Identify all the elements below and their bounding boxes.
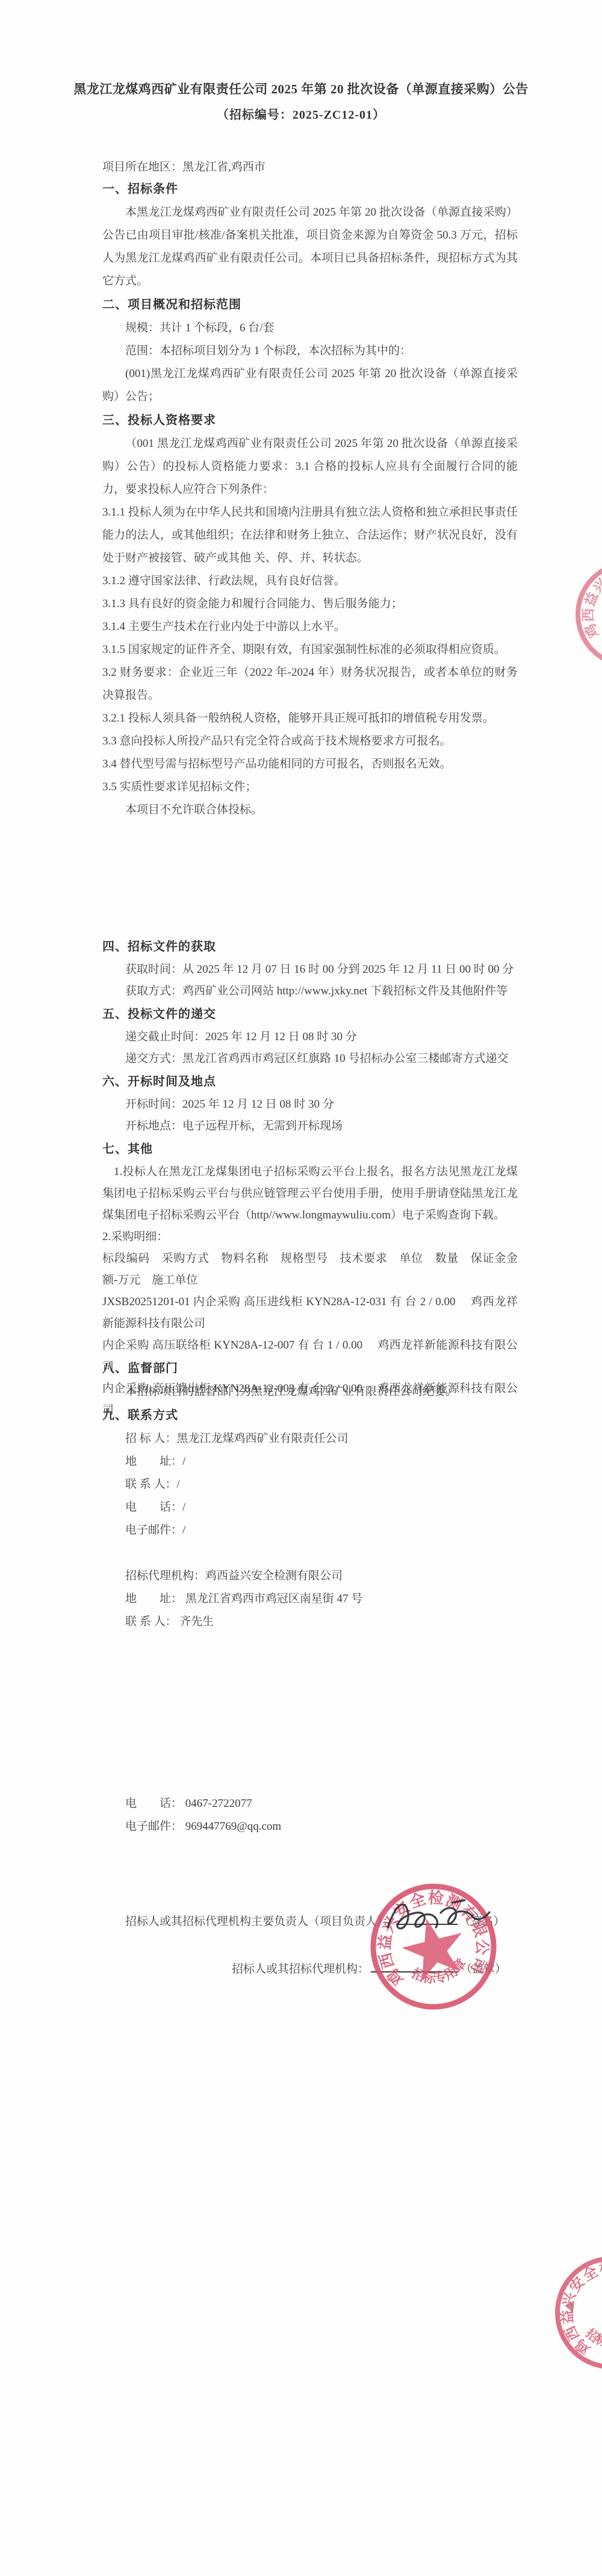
agency-phone-email-block: 电 话： 0467-2722077 电子邮件： 969447769@qq.com — [102, 1792, 518, 1838]
title-block: 黑龙江龙煤鸡西矿业有限责任公司 2025 年第 20 批次设备（单源直接采购）公… — [0, 80, 602, 123]
signature-blank-sign — [396, 1912, 458, 1925]
signature-blank-stamp — [371, 1959, 459, 1973]
contact-bidder-phone: 电 话：/ — [102, 1496, 518, 1519]
contact-agency-phone: 电 话： 0467-2722077 — [102, 1792, 518, 1815]
signature-line-2-suffix: （盖章） — [461, 1963, 506, 1976]
contact-bidder-email: 电子邮件：/ — [102, 1519, 518, 1542]
seal-fragment-bottom-ring-text: 鸡西益兴安全检测有限公司 — [539, 2255, 602, 2373]
seal-fragment-bottom-stamp-text: 招标专用章 — [583, 2324, 602, 2350]
qualification-item-314: 3.1.4 主要生产技术在行业内处于中游以上水平。 — [102, 616, 518, 638]
signature-line-1-label: 招标人或其招标代理机构主要负责人（项目负责人）： — [125, 1915, 394, 1928]
sections-4-to-7: 四、招标文件的获取 获取时间：从 2025 年 12 月 07 日 16 时 0… — [102, 935, 518, 1421]
signature-line-1-suffix: （签名） — [459, 1915, 505, 1928]
lot-001-line: (001)黑龙江龙煤鸡西矿业有限责任公司 2025 年第 20 批次设备（单源直… — [102, 363, 518, 408]
procurement-row-1: JXSB20251201-01 内企采购 高压进线柜 KYN28A-12-031… — [102, 1291, 518, 1335]
qualification-item-313: 3.1.3 具有良好的资金能力和履行合同能力、售后服务能力； — [102, 593, 518, 616]
section-2-heading: 二、项目概况和招标范围 — [102, 293, 518, 317]
document-subtitle: （招标编号：2025-ZC12-01） — [0, 107, 602, 123]
contact-agency-person: 联 系 人： 齐先生 — [102, 1611, 518, 1633]
svg-text:鸡西益兴安全检测有限公司: 鸡西益兴安全检测有限公司 — [539, 2255, 602, 2373]
contact-bidder-person: 联 系 人：/ — [102, 1473, 518, 1496]
svg-text:鸡西益兴安全检测有限公司: 鸡西益兴安全检测有限公司 — [567, 558, 602, 673]
qualification-item-321: 3.2.1 投标人须具备一般纳税人资格，能够开具正规可抵扣的增值税专用发票。 — [102, 707, 518, 730]
svg-text:招标专用章: 招标专用章 — [583, 2324, 602, 2350]
open-time-line: 开标时间：2025 年 12 月 12 日 08 时 30 分 — [102, 1094, 518, 1115]
obtain-time-line: 获取时间：从 2025 年 12 月 07 日 16 时 00 分到 2025 … — [102, 959, 518, 981]
seal-fragment-top-right: 鸡西益兴安全检测有限公司 — [567, 558, 602, 673]
seal-fragment-bottom-right-graphic: 鸡西益兴安全检测有限公司 招标专用章 — [527, 2255, 602, 2373]
region-line: 项目所在地区：黑龙江省,鸡西市 — [102, 158, 518, 177]
section-1-body: 本黑龙江龙煤鸡西矿业有限责任公司 2025 年第 20 批次设备（单源直接采购）… — [102, 201, 518, 293]
procurement-table-header: 标段编码 采购方式 物料名称 规格型号 技术要求 单位 数量 保证金金额-万元 … — [102, 1248, 518, 1291]
document-title: 黑龙江龙煤鸡西矿业有限责任公司 2025 年第 20 批次设备（单源直接采购）公… — [0, 80, 602, 98]
other-note-2: 2.采购明细： — [102, 1226, 518, 1248]
seal-fragment-bottom-right: 鸡西益兴安全检测有限公司 招标专用章 — [527, 2255, 602, 2373]
section-5-heading: 五、投标文件的递交 — [102, 1002, 518, 1026]
section-3-heading: 三、投标人资格要求 — [102, 408, 518, 432]
section-4-heading: 四、招标文件的获取 — [102, 935, 518, 959]
open-place-line: 开标地点：电子远程开标，无需到开标现场 — [102, 1115, 518, 1137]
section-9-heading: 九、联系方式 — [102, 1403, 518, 1427]
sections-8-to-9: 八、监督部门 本招标项目的监督部门为黑龙江龙煤鸡西矿业有限责任公司纪委。 九、联… — [102, 1356, 518, 1633]
obtain-method-line: 获取方式：鸡西矿业公司网站 http://www.jxky.net 下载招标文件… — [102, 981, 518, 1002]
seal-fragment-top-right-graphic: 鸡西益兴安全检测有限公司 — [567, 558, 602, 673]
no-joint-bid-line: 本项目不允许联合体投标。 — [102, 799, 518, 822]
qualification-item-312: 3.1.2 遵守国家法律、行政法规，具有良好信誉。 — [102, 570, 518, 593]
supervision-line: 本招标项目的监督部门为黑龙江龙煤鸡西矿业有限责任公司纪委。 — [102, 1380, 518, 1403]
blank-line — [102, 1542, 518, 1565]
qualification-item-32: 3.2 财务要求：企业近三年（2022 年-2024 年）财务状况报告，或者本单… — [102, 661, 518, 707]
submit-method-line: 递交方式：黑龙江省鸡西市鸡冠区红旗路 10 号招标办公室三楼邮寄方式递交 — [102, 1048, 518, 1070]
project-scope-line: 范围：本招标项目划分为 1 个标段，本次招标为其中的： — [102, 340, 518, 363]
contact-bidder-address: 地 址：/ — [102, 1450, 518, 1473]
qualification-item-33: 3.3 意向投标人所投产品只有完全符合或高于技术规格要求方可报名。 — [102, 730, 518, 753]
signature-block: 招标人或其招标代理机构主要负责人（项目负责人）：（签名） 招标人或其招标代理机构… — [102, 1910, 518, 1981]
section-6-heading: 六、开标时间及地点 — [102, 1070, 518, 1094]
qualification-item-315: 3.1.5 国家规定的证件齐全、期限有效，有国家强制性标准的必须取得相应资质。 — [102, 638, 518, 661]
qualification-item-34: 3.4 替代型号需与招标型号产品功能相同的方可报名，否则报名无效。 — [102, 753, 518, 776]
contact-agency-email: 电子邮件： 969447769@qq.com — [102, 1815, 518, 1838]
qualification-item-311: 3.1.1 投标人须为在中华人民共和国境内注册具有独立法人资格和独立承担民事责任… — [102, 501, 518, 570]
sections-1-to-3: 项目所在地区：黑龙江省,鸡西市 一、招标条件 本黑龙江龙煤鸡西矿业有限责任公司 … — [102, 158, 518, 822]
section-1-heading: 一、招标条件 — [102, 177, 518, 201]
contact-agency-name: 招标代理机构：鸡西益兴安全检测有限公司 — [102, 1565, 518, 1588]
contact-bidder-name: 招 标 人：黑龙江龙煤鸡西矿业有限责任公司 — [102, 1427, 518, 1450]
project-scale-line: 规模：共计 1 个标段，6 台/套 — [102, 317, 518, 340]
signature-line-2-label: 招标人或其招标代理机构： — [232, 1963, 369, 1976]
signature-line-1: 招标人或其招标代理机构主要负责人（项目负责人）：（签名） — [125, 1910, 518, 1933]
qualification-intro: （001 黑龙江龙煤鸡西矿业有限责任公司 2025 年第 20 批次设备（单源直… — [102, 432, 518, 501]
seal-fragment-star-tip-icon — [565, 2301, 574, 2313]
other-note-1: 1.投标人在黑龙江龙煤集团电子招标采购云平台上报名，报名方法见黑龙江龙煤集团电子… — [102, 1161, 518, 1226]
seal-fragment-top-ring-text: 鸡西益兴安全检测有限公司 — [567, 558, 602, 673]
submit-deadline-line: 递交截止时间：2025 年 12 月 12 日 08 时 30 分 — [102, 1026, 518, 1048]
section-8-heading: 八、监督部门 — [102, 1356, 518, 1380]
qualification-item-35: 3.5 实质性要求详见招标文件； — [102, 776, 518, 799]
signature-line-2: 招标人或其招标代理机构：（盖章） — [232, 1958, 518, 1981]
contact-agency-address: 地 址： 黑龙江省鸡西市鸡冠区南星街 47 号 — [102, 1588, 518, 1611]
scanned-tender-announcement-page: 黑龙江龙煤鸡西矿业有限责任公司 2025 年第 20 批次设备（单源直接采购）公… — [0, 0, 602, 2576]
section-7-heading: 七、其他 — [102, 1137, 518, 1161]
